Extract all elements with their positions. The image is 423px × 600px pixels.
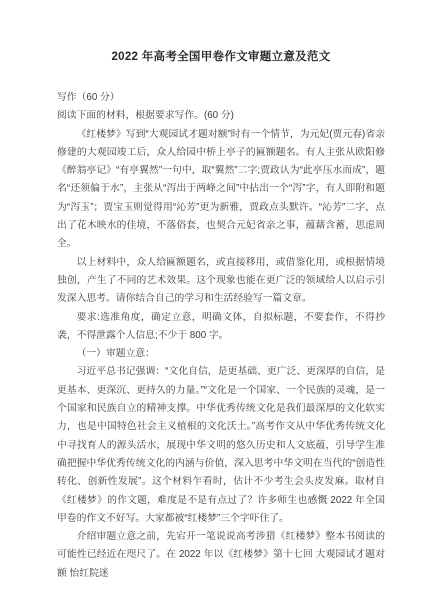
analysis-paragraph-2: 介绍审题立意之前，先宕开一笔说说高考涉猎《红楼梦》整本书阅读的可能性已经近在咫尺… xyxy=(57,528,385,583)
document-page: 2022 年高考全国甲卷作文审题立意及范文 写作（60 分） 阅读下面的材料，根… xyxy=(0,0,423,600)
material-summary-paragraph: 以上材料中，众人给匾额题名，或直接移用，或借鉴化用，或根据情境独创，产生了不同的… xyxy=(57,254,385,309)
reading-instruction: 阅读下面的材料，根据要求写作。(60 分) xyxy=(57,107,385,125)
section-heading-shenti-liyi: （一）审题立意： xyxy=(57,345,385,363)
writing-section-label: 写作（60 分） xyxy=(57,89,385,107)
requirements-paragraph: 要求:选准角度，确定立意，明确文体，自拟标题，不要套作，不得抄袭，不得泄露个人信… xyxy=(57,309,385,346)
document-body: 写作（60 分） 阅读下面的材料，根据要求写作。(60 分) 《红楼梦》写到“大… xyxy=(57,89,385,583)
document-title: 2022 年高考全国甲卷作文审题立意及范文 xyxy=(0,0,423,65)
analysis-paragraph-1: 习近平总书记强调：“文化自信，是更基础、更广泛、更深厚的自信，是更基本、更深沉、… xyxy=(57,363,385,528)
material-paragraph: 《红楼梦》写到“大观园试才题对额”时有一个情节，为元妃(贾元春)省亲修建的大观园… xyxy=(57,126,385,254)
